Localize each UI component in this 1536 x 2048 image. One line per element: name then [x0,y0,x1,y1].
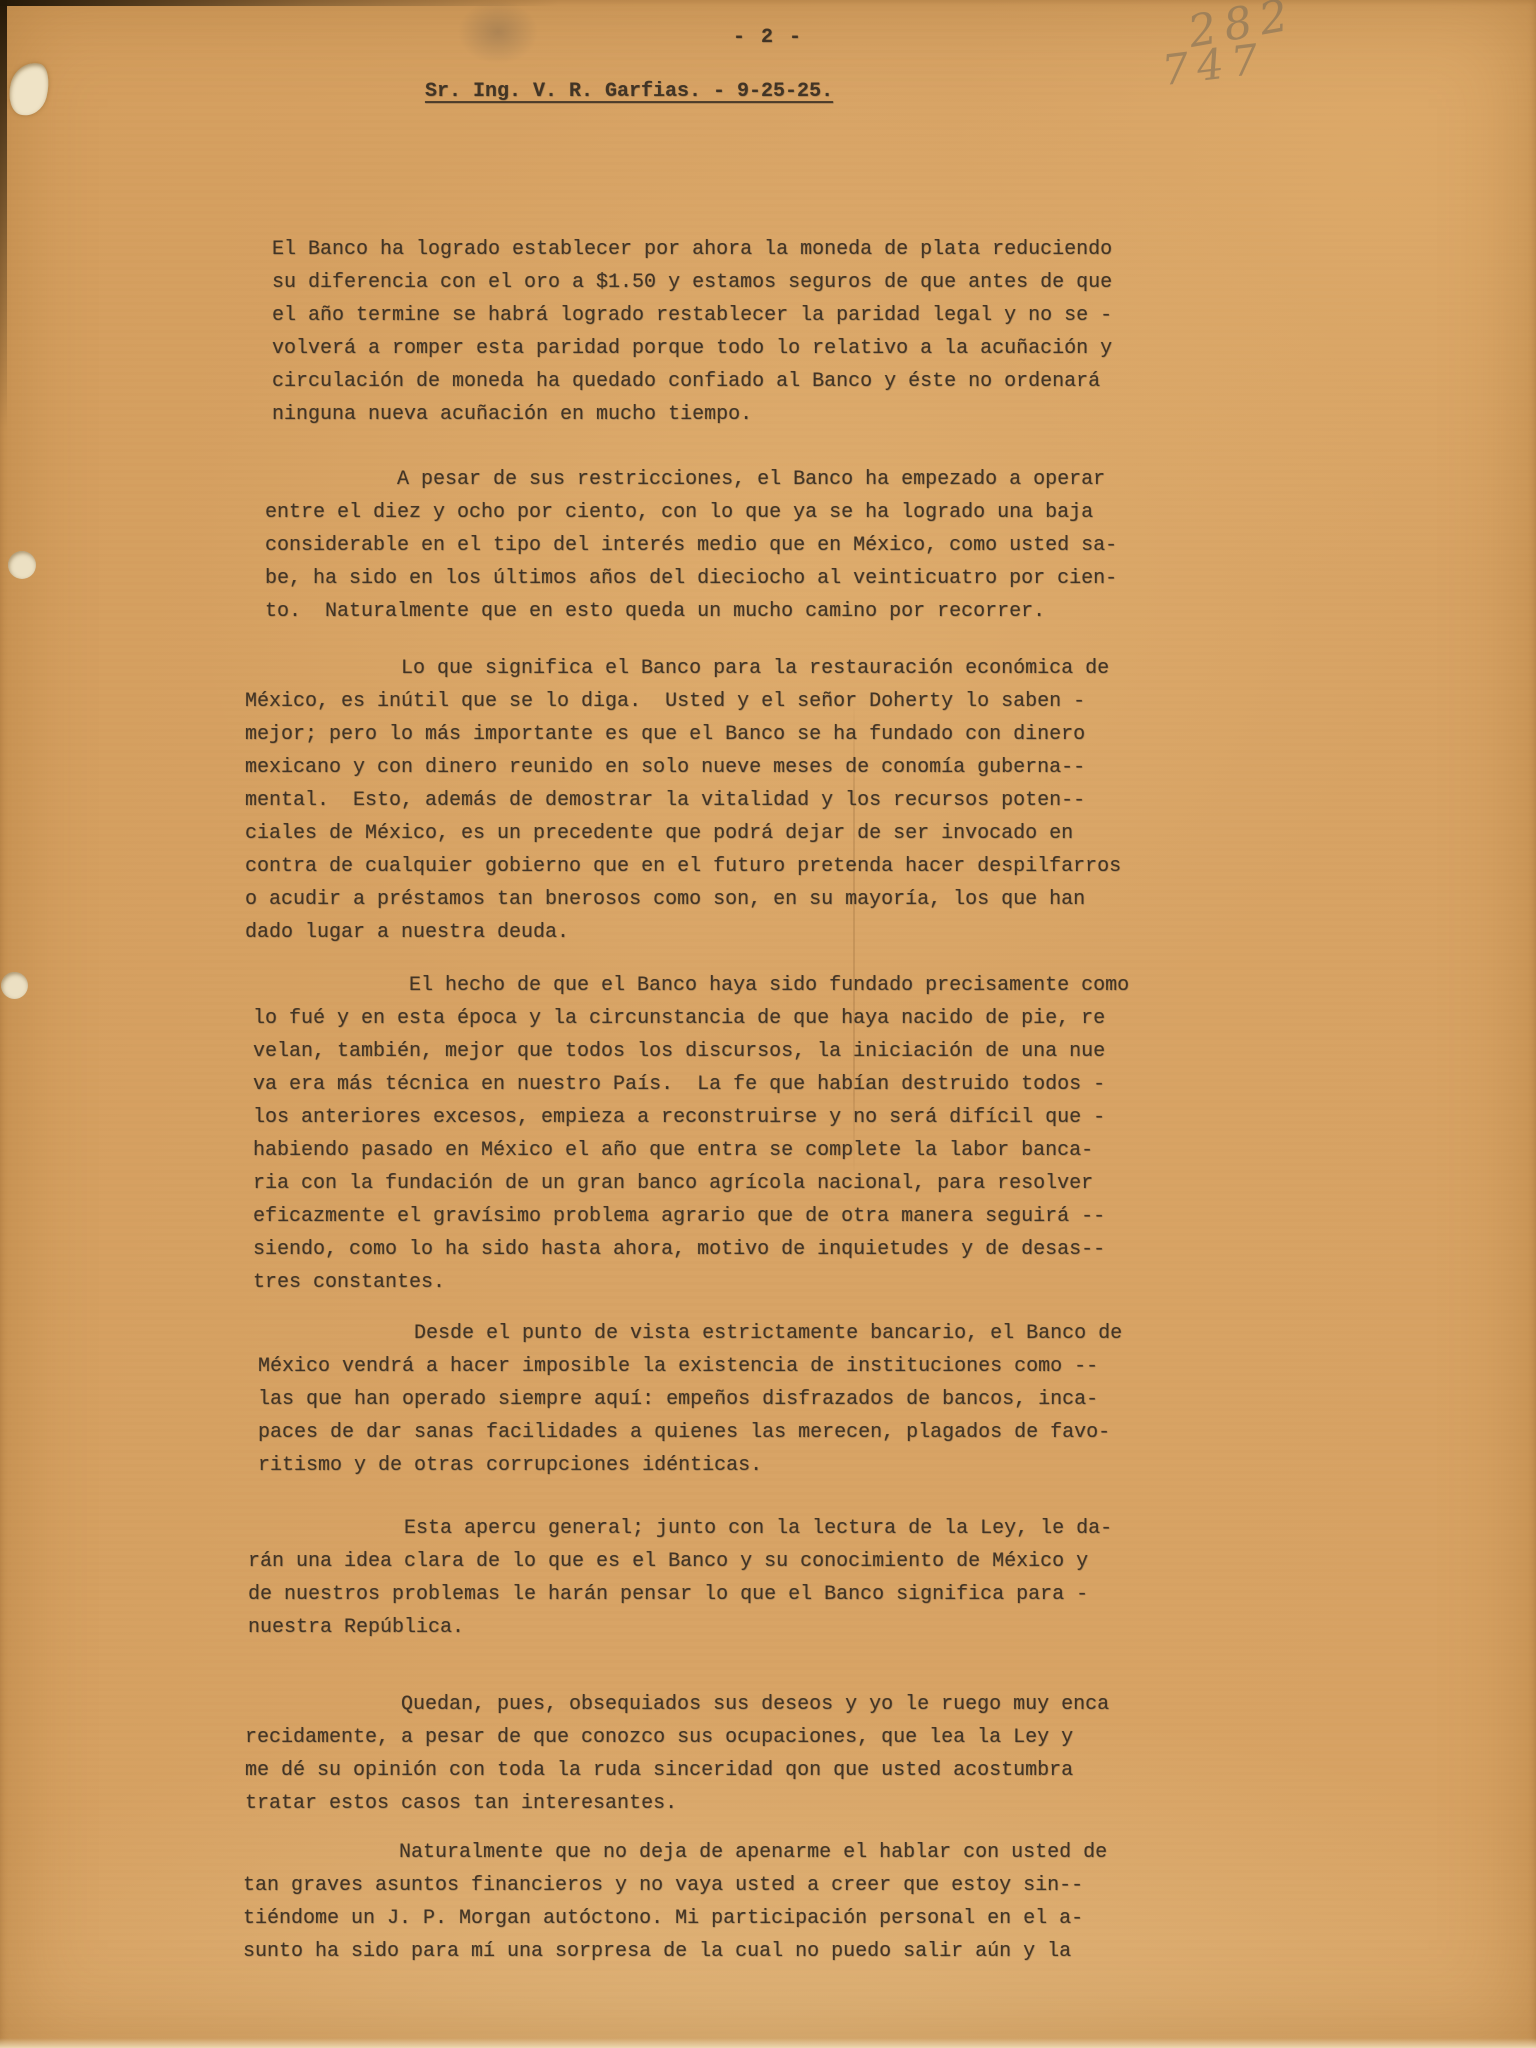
torn-hole [4,58,54,120]
letter-paragraph: Quedan, pues, obsequiados sus deseos y y… [245,1688,1200,1820]
letter-paragraph: A pesar de sus restricciones, el Banco h… [265,463,1200,628]
paper-edge-left [0,0,7,430]
letter-paragraph: Esta apercu general; junto con la lectur… [248,1512,1200,1644]
letter-body: El Banco ha logrado establecer por ahora… [240,233,1200,1968]
punch-hole-middle [8,551,36,579]
letter-paragraph: El hecho de que el Banco haya sido funda… [253,969,1200,1299]
paper-edge-bottom [0,2038,1536,2048]
letter-paragraph: Lo que significa el Banco para la restau… [245,652,1200,949]
punch-hole-lower [1,972,28,999]
recipient-heading: Sr. Ing. V. R. Garfias. - 9-25-25. [425,80,833,103]
letter-paragraph: Desde el punto de vista estrictamente ba… [258,1317,1200,1482]
letter-paragraph: Naturalmente que no deja de apenarme el … [243,1836,1200,1968]
page-number: - 2 - [0,26,1536,49]
scanned-letter-page: 282 747 - 2 - Sr. Ing. V. R. Garfias. - … [0,0,1536,2048]
letter-paragraph: El Banco ha logrado establecer por ahora… [272,233,1200,431]
